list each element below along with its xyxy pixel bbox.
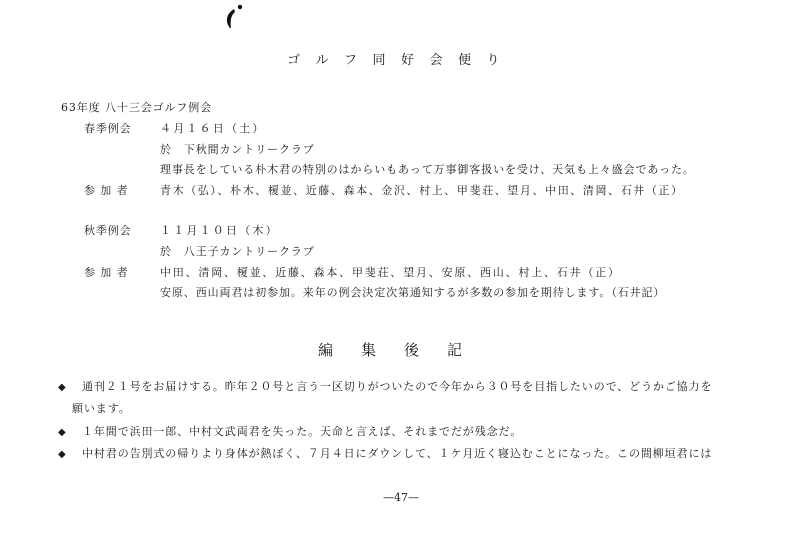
spring-participants: 青木（弘）、朴木、榎並、近藤、森本、金沢、村上、甲斐荘、望月、中田、清岡、石井（… [160,182,684,198]
editorial-bullet-1: ◆通刊２１号をお届けする。昨年２０号と言う一区切りがついたので今年から３０号を目… [58,378,712,394]
diamond-bullet-icon: ◆ [58,427,82,438]
editorial-bullet-2: ◆１年間で浜田一郎、中村文武両君を失った。天命と言えば、それまでだが残念だ。 [58,423,522,439]
editorial-title: 編集後記 [318,339,490,360]
editorial-bullet-3: ◆中村君の告別式の帰りより身体が熱ぽく、７月４日にダウンして、１ケ月近く寝込むこ… [58,445,712,461]
diamond-bullet-icon: ◆ [58,449,82,460]
ink-mark [222,4,246,30]
autumn-label: 秋季例会 [84,222,132,238]
autumn-participants-label: 参 加 者 [84,264,129,280]
spring-participants-label: 参 加 者 [84,182,129,198]
spring-label: 春季例会 [84,120,132,136]
bullet-text: １年間で浜田一郎、中村文武両君を失った。天命と言えば、それまでだが残念だ。 [82,425,522,438]
autumn-venue: 於 八王子カントリークラブ [160,243,315,259]
bullet-text: 通刊２１号をお届けする。昨年２０号と言う一区切りがついたので今年から３０号を目指… [82,380,712,393]
diamond-bullet-icon: ◆ [58,382,82,393]
bullet-text: 中村君の告別式の帰りより身体が熱ぽく、７月４日にダウンして、１ケ月近く寝込むこと… [82,447,712,460]
autumn-date: １１月１０日（木） [160,222,279,238]
spring-venue: 於 下秋間カントリークラブ [160,141,315,157]
spring-note: 理事長をしている朴木君の特別のはからいもあって万事御客扱いを受け、天気も上々盛会… [160,161,695,177]
page-number: —47— [383,491,419,504]
newsletter-title: ゴルフ同好会便り [287,49,515,68]
editorial-bullet-1-cont: 願います。 [72,400,131,416]
spring-date: ４月１６日（土） [160,120,266,136]
autumn-participants: 中田、清岡、榎並、近藤、森本、甲斐荘、望月、安原、西山、村上、石井（正） [160,264,621,280]
autumn-note: 安原、西山両君は初参加。来年の例会決定次第通知するが多数の参加を期待します。（石… [160,284,665,300]
section-heading: 63年度 八十三会ゴルフ例会 [61,99,212,115]
